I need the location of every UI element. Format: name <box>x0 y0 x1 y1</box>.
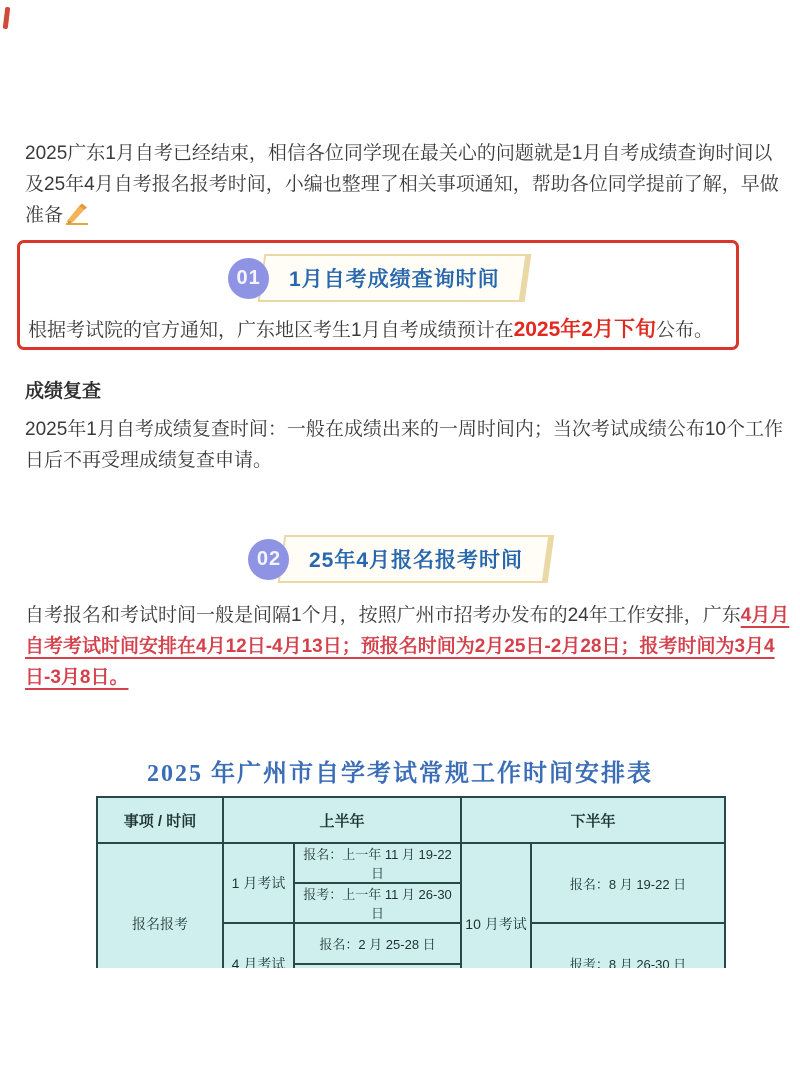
cell-apr-application-clipped <box>294 964 461 968</box>
section2-number-badge: 02 <box>248 539 289 580</box>
section2-title: 25年4月报名报考时间 <box>309 544 523 574</box>
red-corner-mark <box>3 7 11 29</box>
cell-oct-application: 报考：8 月 26-30 日 <box>531 923 725 968</box>
header-cell-second-half: 下半年 <box>461 797 725 843</box>
section1-highlight-date: 2025年2月下旬 <box>514 318 656 341</box>
section2-title-ribbon: 25年4月报名报考时间 <box>278 535 555 583</box>
cell-oct-exam: 10 月考试 <box>461 843 531 968</box>
cell-apr-exam: 4 月考试 <box>223 923 294 968</box>
section1-title-ribbon: 1月自考成绩查询时间 <box>258 254 531 302</box>
section1-body: 根据考试院的官方通知，广东地区考生1月自考成绩预计在2025年2月下旬公布。 <box>28 313 734 343</box>
section2-body-prefix: 自考报名和考试时间一般是间隔1个月，按照广州市招考办发布的24年工作安排，广东 <box>25 605 741 626</box>
schedule-table-title: 2025 年广州市自学考试常规工作时间安排表 <box>0 753 800 788</box>
cell-jan-application: 报考：上一年 11 月 26-30 日 <box>294 883 461 923</box>
section2-header-row: 02 25年4月报名报考时间 <box>0 535 800 583</box>
section1-header: 01 1月自考成绩查询时间 <box>20 254 736 302</box>
section1-body-prefix: 根据考试院的官方通知，广东地区考生1月自考成绩预计在 <box>28 320 514 341</box>
table-header-row: 事项 / 时间 上半年 下半年 <box>97 797 725 843</box>
cell-jan-registration: 报名：上一年 11 月 19-22 日 <box>294 843 461 883</box>
review-body: 2025年1月自考成绩复查时间：一般在成绩出来的一周时间内；当次考试成绩公布10… <box>25 414 791 476</box>
cell-jan-exam: 1 月考试 <box>223 843 294 923</box>
section2-header: 02 25年4月报名报考时间 <box>0 535 800 583</box>
intro-paragraph: 2025广东1月自考已经结束，相信各位同学现在最关心的问题就是1月自考成绩查询时… <box>25 138 787 231</box>
review-heading: 成绩复查 <box>25 376 101 403</box>
cell-row-label: 报名报考 <box>97 843 223 968</box>
cell-oct-registration: 报名：8 月 19-22 日 <box>531 843 725 923</box>
section1-highlight-box: 01 1月自考成绩查询时间 根据考试院的官方通知，广东地区考生1月自考成绩预计在… <box>17 240 739 350</box>
table-row: 报名报考 1 月考试 报名：上一年 11 月 19-22 日 10 月考试 报名… <box>97 843 725 883</box>
section1-title: 1月自考成绩查询时间 <box>289 263 500 293</box>
intro-text: 2025广东1月自考已经结束，相信各位同学现在最关心的问题就是1月自考成绩查询时… <box>25 143 779 226</box>
section1-body-suffix: 公布。 <box>656 320 713 341</box>
header-cell-item-time: 事项 / 时间 <box>97 797 223 843</box>
schedule-table: 事项 / 时间 上半年 下半年 报名报考 1 月考试 报名：上一年 11 月 1… <box>96 796 726 968</box>
schedule-table-clip: 事项 / 时间 上半年 下半年 报名报考 1 月考试 报名：上一年 11 月 1… <box>96 796 728 968</box>
header-cell-first-half: 上半年 <box>223 797 461 843</box>
section2-body: 自考报名和考试时间一般是间隔1个月，按照广州市招考办发布的24年工作安排，广东4… <box>25 600 793 693</box>
writing-hand-icon <box>63 201 91 225</box>
article-page: 2025广东1月自考已经结束，相信各位同学现在最关心的问题就是1月自考成绩查询时… <box>0 0 800 1067</box>
section1-number-badge: 01 <box>228 258 269 299</box>
cell-apr-registration: 报名：2 月 25-28 日 <box>294 923 461 964</box>
